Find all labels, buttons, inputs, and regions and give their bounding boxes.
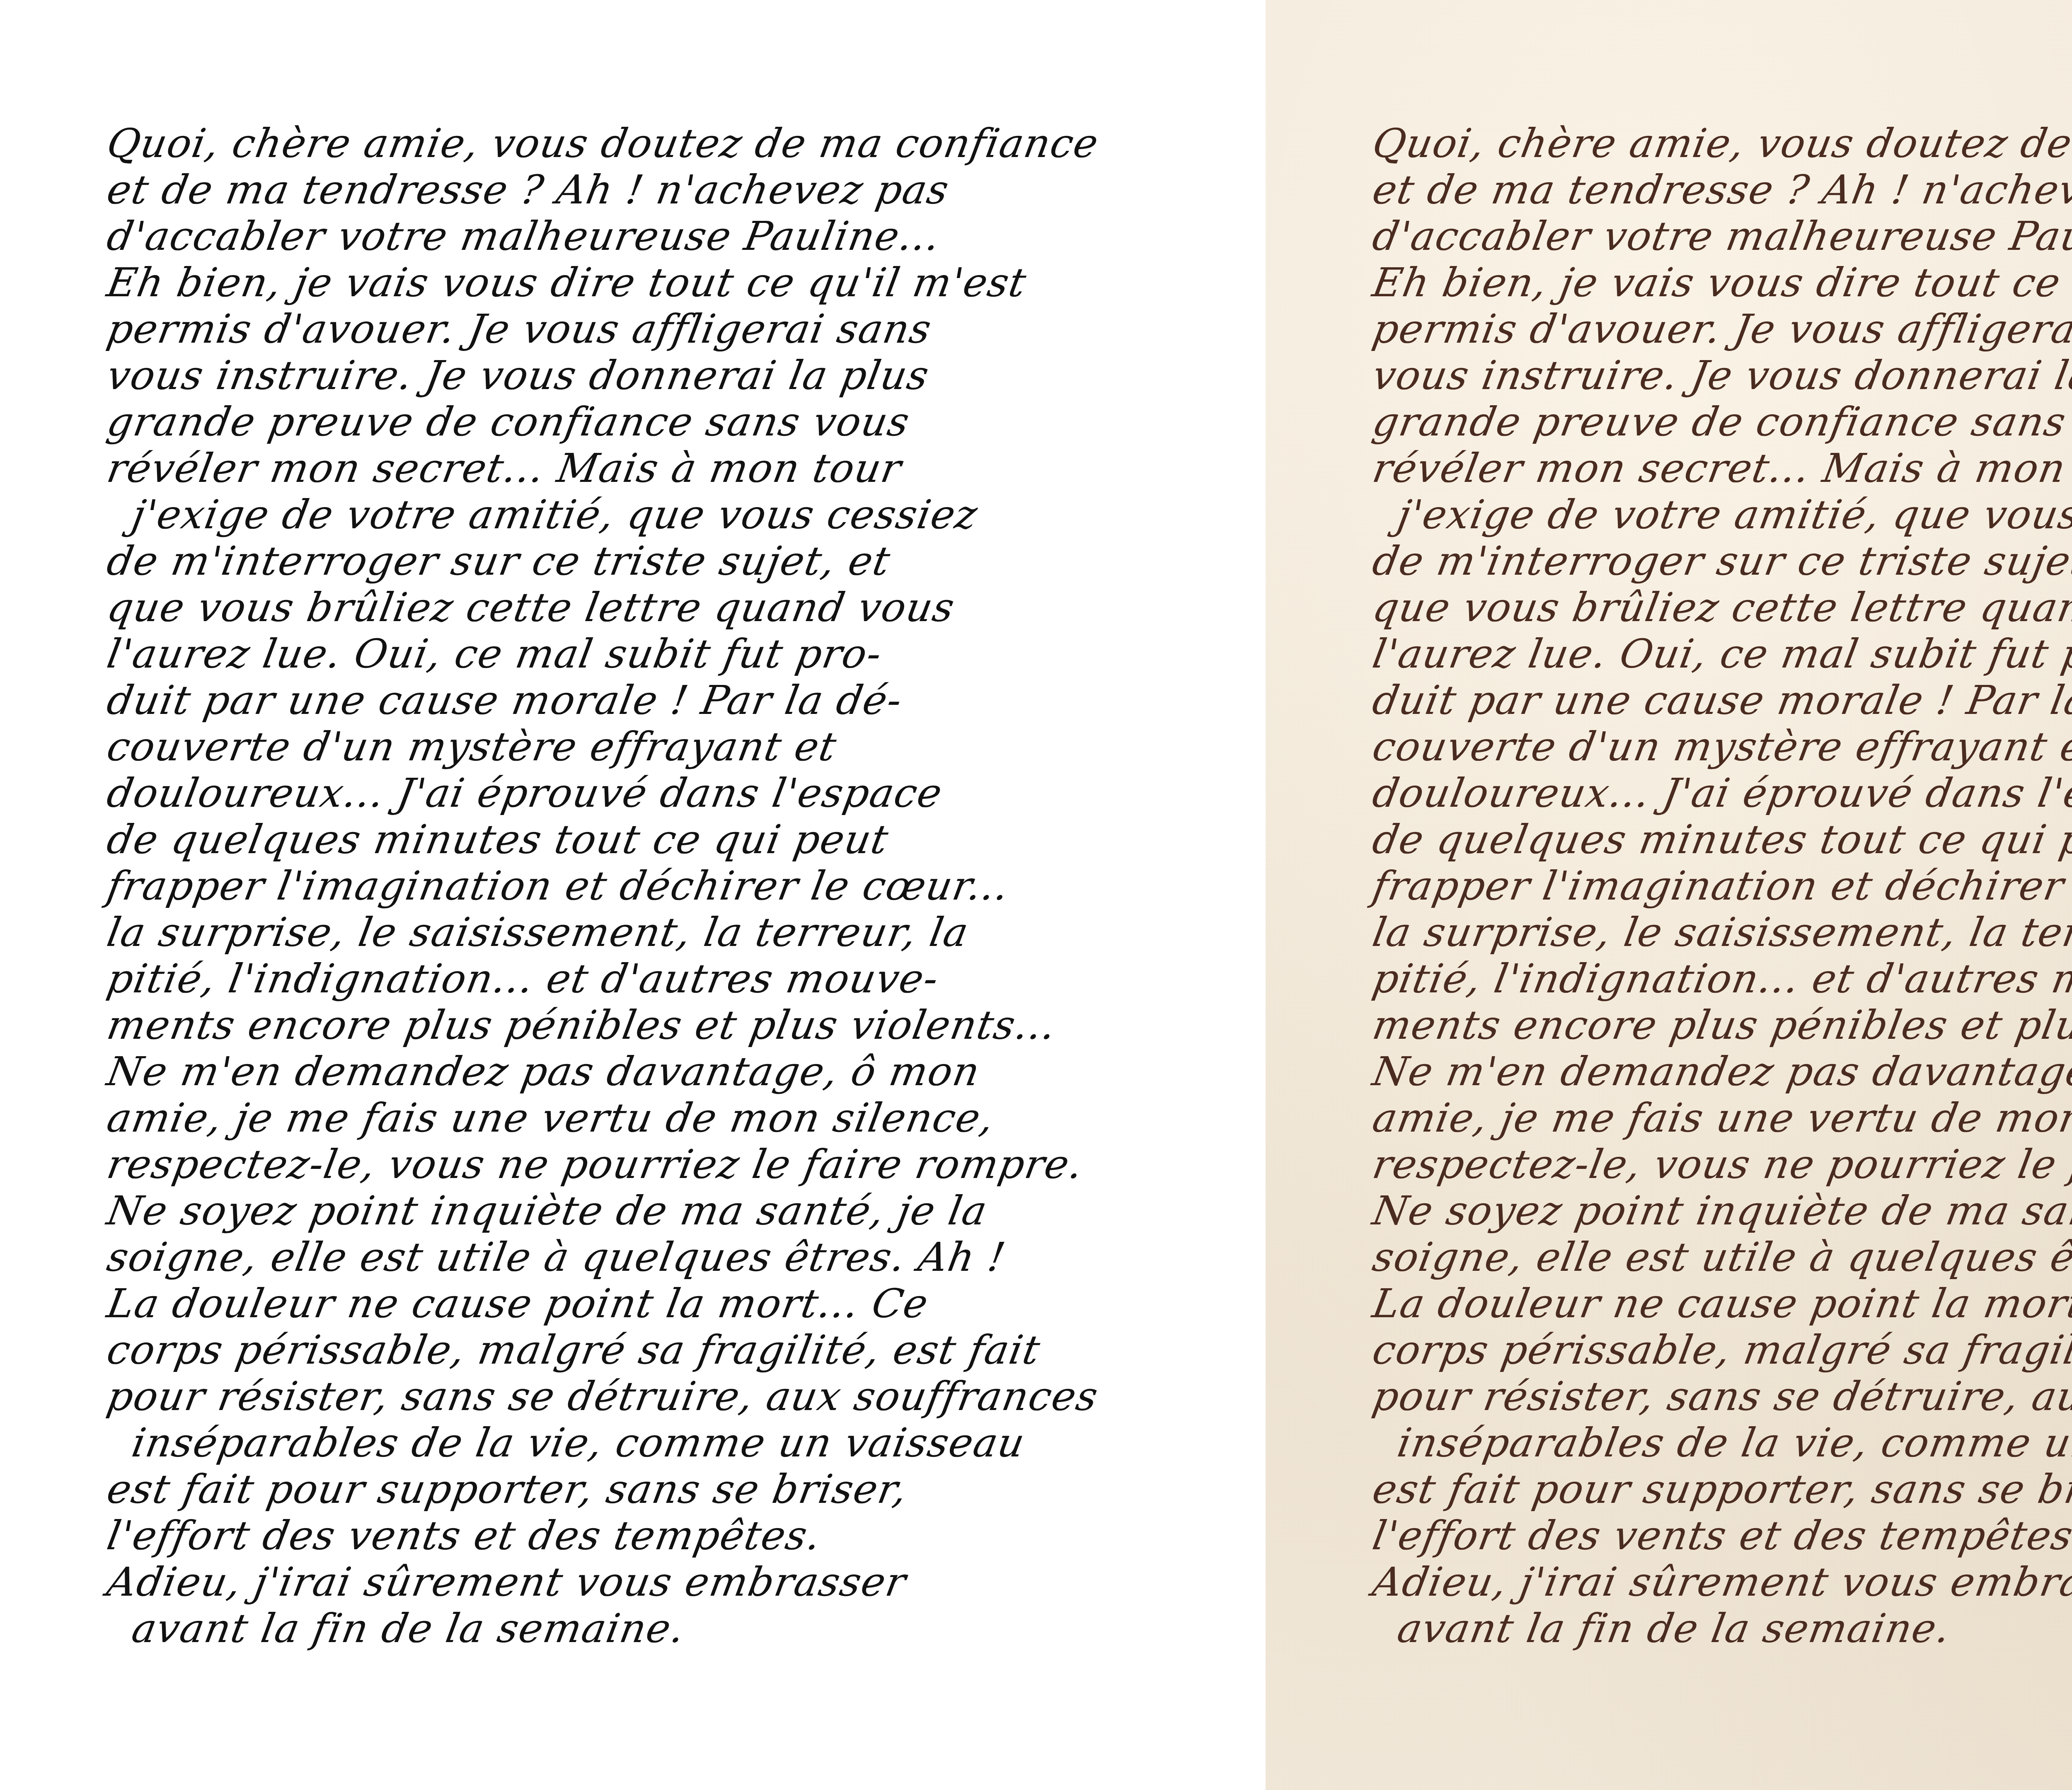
letter-line: frapper l'imagination et déchirer le cœu… <box>1369 863 2072 909</box>
letter-line: et de ma tendresse ? Ah ! n'achevez pas <box>1369 167 2072 213</box>
letter-line: de quelques minutes tout ce qui peut <box>104 816 1249 863</box>
letter-text: Quoi, chère amie, vous doutez de ma conf… <box>1369 120 2072 1652</box>
letter-line: grande preuve de confiance sans vous <box>1369 399 2072 445</box>
letter-line: respectez-le, vous ne pourriez le faire … <box>104 1141 1249 1188</box>
letter-line: l'effort des vents et des tempêtes. <box>1369 1512 2072 1559</box>
letter-line: l'effort des vents et des tempêtes. <box>104 1512 1249 1559</box>
letter-line: amie, je me fais une vertu de mon silenc… <box>104 1095 1249 1141</box>
letter-line: couverte d'un mystère effrayant et <box>104 723 1249 770</box>
letter-line: corps périssable, malgré sa fragilité, e… <box>104 1327 1249 1373</box>
letter-line: La douleur ne cause point la mort... Ce <box>104 1280 1249 1327</box>
letter-line: Ne m'en demandez pas davantage, ô mon <box>104 1048 1249 1095</box>
letter-line: corps périssable, malgré sa fragilité, e… <box>1369 1327 2072 1373</box>
letter-line: la surprise, le saisissement, la terreur… <box>104 909 1249 955</box>
letter-line: vous instruire. Je vous donnerai la plus <box>104 352 1249 399</box>
letter-line: Ne m'en demandez pas davantage, ô mon <box>1369 1048 2072 1095</box>
letter-line: douloureux... J'ai éprouvé dans l'espace <box>1369 770 2072 816</box>
letter-line: j'exige de votre amitié, que vous cessie… <box>1369 491 2072 538</box>
letter-line: Adieu, j'irai sûrement vous embrasser <box>104 1559 1249 1605</box>
letter-line: avant la fin de la semaine. <box>104 1605 1249 1652</box>
letter-line: Adieu, j'irai sûrement vous embrasser <box>1369 1559 2072 1605</box>
letter-line: douloureux... J'ai éprouvé dans l'espace <box>104 770 1249 816</box>
letter-line: de quelques minutes tout ce qui peut <box>1369 816 2072 863</box>
letter-line: est fait pour supporter, sans se briser, <box>1369 1466 2072 1512</box>
letter-line: couverte d'un mystère effrayant et <box>1369 723 2072 770</box>
letter-line: que vous brûliez cette lettre quand vous <box>1369 584 2072 631</box>
letter-page-aged: Quoi, chère amie, vous doutez de ma conf… <box>1266 0 2072 1790</box>
letter-line: et de ma tendresse ? Ah ! n'achevez pas <box>104 167 1249 213</box>
letter-line: soigne, elle est utile à quelques êtres.… <box>104 1234 1249 1280</box>
letter-line: soigne, elle est utile à quelques êtres.… <box>1369 1234 2072 1280</box>
letter-line: de m'interroger sur ce triste sujet, et <box>104 538 1249 584</box>
letter-line: révéler mon secret... Mais à mon tour <box>104 445 1249 491</box>
letter-line: j'exige de votre amitié, que vous cessie… <box>104 491 1249 538</box>
letter-line: que vous brûliez cette lettre quand vous <box>104 584 1249 631</box>
letter-line: pitié, l'indignation... et d'autres mouv… <box>1369 955 2072 1002</box>
letter-line: est fait pour supporter, sans se briser, <box>104 1466 1249 1512</box>
letter-line: la surprise, le saisissement, la terreur… <box>1369 909 2072 955</box>
letter-line: Eh bien, je vais vous dire tout ce qu'il… <box>1369 259 2072 306</box>
letter-line: révéler mon secret... Mais à mon tour <box>1369 445 2072 491</box>
letter-line: vous instruire. Je vous donnerai la plus <box>1369 352 2072 399</box>
letter-line: Eh bien, je vais vous dire tout ce qu'il… <box>104 259 1249 306</box>
letter-line: inséparables de la vie, comme un vaissea… <box>104 1420 1249 1466</box>
letter-line: ments encore plus pénibles et plus viole… <box>104 1002 1249 1048</box>
letter-line: La douleur ne cause point la mort... Ce <box>1369 1280 2072 1327</box>
letter-line: pour résister, sans se détruire, aux sou… <box>1369 1373 2072 1420</box>
letter-line: Ne soyez point inquiète de ma santé, je … <box>104 1188 1249 1234</box>
letter-line: ments encore plus pénibles et plus viole… <box>1369 1002 2072 1048</box>
letter-line: inséparables de la vie, comme un vaissea… <box>1369 1420 2072 1466</box>
letter-line: d'accabler votre malheureuse Pauline... <box>1369 213 2072 259</box>
letter-line: Ne soyez point inquiète de ma santé, je … <box>1369 1188 2072 1234</box>
letter-line: duit par une cause morale ! Par la dé- <box>104 677 1249 723</box>
letter-line: avant la fin de la semaine. <box>1369 1605 2072 1652</box>
letter-line: l'aurez lue. Oui, ce mal subit fut pro- <box>104 631 1249 677</box>
letter-text: Quoi, chère amie, vous doutez de ma conf… <box>104 120 1241 1652</box>
letter-line: grande preuve de confiance sans vous <box>104 399 1249 445</box>
letter-line: pour résister, sans se détruire, aux sou… <box>104 1373 1249 1420</box>
letter-line: Quoi, chère amie, vous doutez de ma conf… <box>1369 120 2072 167</box>
letter-line: permis d'avouer. Je vous affligerai sans <box>104 306 1249 352</box>
letter-line: duit par une cause morale ! Par la dé- <box>1369 677 2072 723</box>
letter-line: de m'interroger sur ce triste sujet, et <box>1369 538 2072 584</box>
letter-line: Quoi, chère amie, vous doutez de ma conf… <box>104 120 1249 167</box>
letter-line: pitié, l'indignation... et d'autres mouv… <box>104 955 1249 1002</box>
letter-page-white: Quoi, chère amie, vous doutez de ma conf… <box>0 0 1266 1790</box>
letter-line: amie, je me fais une vertu de mon silenc… <box>1369 1095 2072 1141</box>
letter-line: permis d'avouer. Je vous affligerai sans <box>1369 306 2072 352</box>
letter-line: frapper l'imagination et déchirer le cœu… <box>104 863 1249 909</box>
letter-line: d'accabler votre malheureuse Pauline... <box>104 213 1249 259</box>
letter-line: l'aurez lue. Oui, ce mal subit fut pro- <box>1369 631 2072 677</box>
letter-line: respectez-le, vous ne pourriez le faire … <box>1369 1141 2072 1188</box>
